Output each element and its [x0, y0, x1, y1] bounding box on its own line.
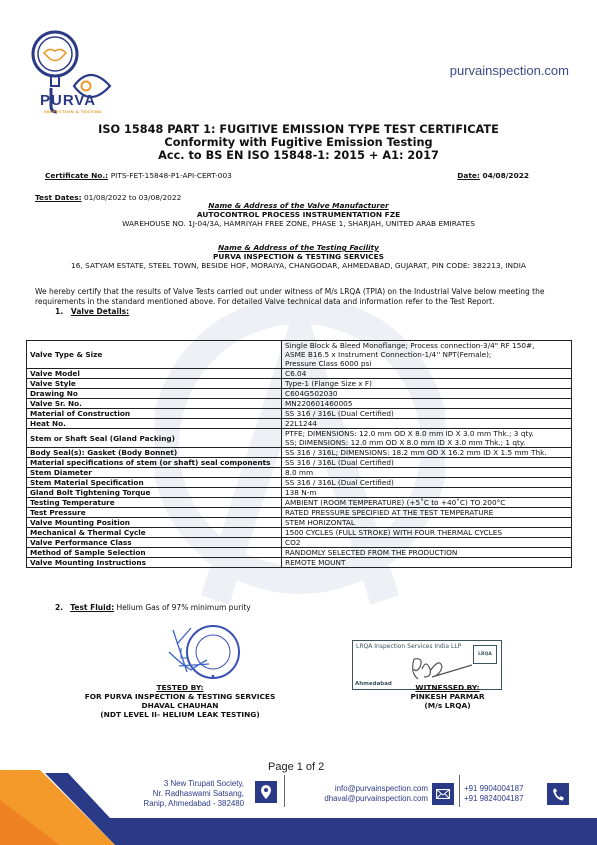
- row-label: Valve Model: [27, 369, 282, 379]
- row-value: RANDOMLY SELECTED FROM THE PRODUCTION: [282, 548, 572, 558]
- test-fluid-value: Helium Gas of 97% minimum purity: [116, 603, 250, 612]
- witnessed-by-heading: WITNESSED BY:: [375, 683, 520, 692]
- row-value: AMBIENT (ROOM TEMPERATURE) (+5˚C to +40˚…: [282, 498, 572, 508]
- row-value: RATED PRESSURE SPECIFIED AT THE TEST TEM…: [282, 508, 572, 518]
- row-label: Gland Bolt Tightening Torque: [27, 488, 282, 498]
- envelope-icon: [432, 783, 454, 805]
- phone-icon: [547, 783, 569, 805]
- section-number: 1.: [55, 307, 63, 316]
- facility-heading: Name & Address of the Testing Facility: [0, 243, 597, 252]
- table-row: Valve Type & SizeSingle Block & Bleed Mo…: [27, 341, 572, 369]
- tested-by-qualification: (NDT LEVEL II- HELIUM LEAK TESTING): [60, 710, 300, 719]
- test-fluid: 2. Test Fluid: Helium Gas of 97% minimum…: [55, 603, 251, 612]
- table-row: Valve Mounting InstructionsREMOTE MOUNT: [27, 558, 572, 568]
- manufacturer-block: Name & Address of the Valve Manufacturer…: [0, 201, 597, 228]
- row-label: Valve Mounting Position: [27, 518, 282, 528]
- lrqa-stamp-title: LRQA Inspection Services India LLP: [356, 643, 461, 650]
- row-label: Body Seal(s): Gasket (Body Bonnet): [27, 448, 282, 458]
- certificate-number: Certificate No.: PITS-FET-15848-P1-API-C…: [45, 171, 232, 180]
- row-label: Method of Sample Selection: [27, 548, 282, 558]
- table-row: Valve StyleType-1 (Flange Size x F): [27, 379, 572, 389]
- row-label: Valve Type & Size: [27, 341, 282, 369]
- footer-emails: info@purvainspection.com dhaval@purvains…: [318, 784, 428, 803]
- table-row: Valve Sr. No.MN220601460005: [27, 399, 572, 409]
- table-row: Valve ModelC6.04: [27, 369, 572, 379]
- title-line-3: Acc. to BS EN ISO 15848-1: 2015 + A1: 20…: [0, 149, 597, 162]
- tested-by-name: DHAVAL CHAUHAN: [60, 701, 300, 710]
- facility-name: PURVA INSPECTION & TESTING SERVICES: [0, 252, 597, 261]
- table-row: Stem Material SpecificationSS 316 / 316L…: [27, 478, 572, 488]
- address-line: Ranip, Ahmedabad - 382480: [120, 799, 244, 809]
- section2-number: 2.: [55, 603, 63, 612]
- table-row: Material of ConstructionSS 316 / 316L (D…: [27, 409, 572, 419]
- table-row: Valve Performance ClassCO2: [27, 538, 572, 548]
- witnessed-by-name: PINKESH PARMAR: [375, 692, 520, 701]
- email-link[interactable]: dhaval@purvainspection.com: [318, 794, 428, 804]
- logo-wordmark: PURVA: [40, 92, 96, 109]
- title-line-2: Conformity with Fugitive Emission Testin…: [0, 136, 597, 149]
- table-row: Method of Sample SelectionRANDOMLY SELEC…: [27, 548, 572, 558]
- certificate-title: ISO 15848 PART 1: FUGITIVE EMISSION TYPE…: [0, 123, 597, 162]
- table-row: Test PressureRATED PRESSURE SPECIFIED AT…: [27, 508, 572, 518]
- witnessed-by-org: (M/s LRQA): [375, 701, 520, 710]
- certificate-date: Date: 04/08/2022: [457, 171, 529, 180]
- row-label: Stem Material Specification: [27, 478, 282, 488]
- phone-link[interactable]: +91 9904004187: [464, 784, 554, 794]
- row-value: 138 N-m: [282, 488, 572, 498]
- witness-signature: [408, 655, 488, 683]
- table-row: Heat No.22L1244: [27, 419, 572, 429]
- row-value: STEM HORIZONTAL: [282, 518, 572, 528]
- row-value: MN220601460005: [282, 399, 572, 409]
- table-row: Stem or Shaft Seal (Gland Packing)PTFE; …: [27, 429, 572, 448]
- purva-stamp-signature: [165, 622, 245, 686]
- date-label: Date:: [457, 171, 480, 180]
- logo-tagline: INSPECTION & TESTING: [44, 109, 102, 114]
- row-label: Heat No.: [27, 419, 282, 429]
- address-line: Nr. Radhaswami Satsang,: [120, 789, 244, 799]
- footer-divider: [284, 775, 285, 807]
- row-label: Mechanical & Thermal Cycle: [27, 528, 282, 538]
- certificate-number-label: Certificate No.:: [45, 171, 108, 180]
- facility-block: Name & Address of the Testing Facility P…: [0, 243, 597, 270]
- row-value: C604G502030: [282, 389, 572, 399]
- row-value: SS 316 / 316L (Dual Certified): [282, 458, 572, 468]
- row-label: Test Pressure: [27, 508, 282, 518]
- row-value: 22L1244: [282, 419, 572, 429]
- certificate-number-value: PITS-FET-15848-P1-API-CERT-003: [111, 171, 232, 180]
- table-row: Stem Diameter8.0 mm: [27, 468, 572, 478]
- address-line: 3 New Tirupati Society,: [120, 779, 244, 789]
- row-value: PTFE; DIMENSIONS: 12.0 mm OD X 8.0 mm ID…: [282, 429, 572, 448]
- row-value: SS 316 / 316L; DIMENSIONS: 18.2 mm OD X …: [282, 448, 572, 458]
- row-label: Drawing No: [27, 389, 282, 399]
- row-value: SS 316 / 316L (Dual Certified): [282, 409, 572, 419]
- table-row: Mechanical & Thermal Cycle1500 CYCLES (F…: [27, 528, 572, 538]
- row-value: 1500 CYCLES (FULL STROKE) WITH FOUR THER…: [282, 528, 572, 538]
- statement-text: We hereby certify that the results of Va…: [35, 287, 565, 306]
- row-value: CO2: [282, 538, 572, 548]
- table-row: Material specifications of stem (or shaf…: [27, 458, 572, 468]
- row-value: C6.04: [282, 369, 572, 379]
- section-valve-details: 1. Valve Details:: [55, 307, 565, 317]
- title-line-1: ISO 15848 PART 1: FUGITIVE EMISSION TYPE…: [0, 123, 597, 136]
- footer-divider: [459, 775, 460, 807]
- section-label: Valve Details:: [71, 307, 129, 316]
- table-row: Gland Bolt Tightening Torque138 N-m: [27, 488, 572, 498]
- tested-by-org: FOR PURVA INSPECTION & TESTING SERVICES: [60, 692, 300, 701]
- row-label: Valve Mounting Instructions: [27, 558, 282, 568]
- tested-by-heading: TESTED BY:: [60, 683, 300, 692]
- table-row: Drawing NoC604G502030: [27, 389, 572, 399]
- footer-address: 3 New Tirupati Society, Nr. Radhaswami S…: [120, 779, 244, 809]
- row-label: Valve Style: [27, 379, 282, 389]
- row-value: SS 316 / 316L (Dual Certified): [282, 478, 572, 488]
- row-value: REMOTE MOUNT: [282, 558, 572, 568]
- row-label: Stem or Shaft Seal (Gland Packing): [27, 429, 282, 448]
- footer-banner: [0, 770, 597, 845]
- witnessed-by-block: WITNESSED BY: PINKESH PARMAR (M/s LRQA): [375, 683, 520, 710]
- row-label: Material specifications of stem (or shaf…: [27, 458, 282, 468]
- row-label: Material of Construction: [27, 409, 282, 419]
- row-label: Valve Performance Class: [27, 538, 282, 548]
- table-row: Body Seal(s): Gasket (Body Bonnet)SS 316…: [27, 448, 572, 458]
- location-pin-icon: [255, 781, 277, 803]
- row-value: Type-1 (Flange Size x F): [282, 379, 572, 389]
- row-label: Stem Diameter: [27, 468, 282, 478]
- facility-address: 16, SATYAM ESTATE, STEEL TOWN, BESIDE HO…: [0, 261, 597, 270]
- tested-by-block: TESTED BY: FOR PURVA INSPECTION & TESTIN…: [60, 683, 300, 719]
- table-row: Valve Mounting PositionSTEM HORIZONTAL: [27, 518, 572, 528]
- row-label: Valve Sr. No.: [27, 399, 282, 409]
- website-link[interactable]: purvainspection.com: [450, 63, 569, 78]
- phone-link[interactable]: +91 9824004187: [464, 794, 554, 804]
- date-value: 04/08/2022: [482, 171, 529, 180]
- manufacturer-name: AUTOCONTROL PROCESS INSTRUMENTATION FZE: [0, 210, 597, 219]
- table-row: Testing TemperatureAMBIENT (ROOM TEMPERA…: [27, 498, 572, 508]
- row-label: Testing Temperature: [27, 498, 282, 508]
- manufacturer-address: WAREHOUSE NO. 1J-04/3A, HAMRIYAH FREE ZO…: [0, 219, 597, 228]
- manufacturer-heading: Name & Address of the Valve Manufacturer: [0, 201, 597, 210]
- row-value: Single Block & Bleed Monoflange; Process…: [282, 341, 572, 369]
- test-fluid-label: Test Fluid:: [70, 603, 114, 612]
- certification-statement: We hereby certify that the results of Va…: [35, 287, 565, 317]
- footer-phones: +91 9904004187 +91 9824004187: [464, 784, 554, 803]
- row-value: 8.0 mm: [282, 468, 572, 478]
- email-link[interactable]: info@purvainspection.com: [318, 784, 428, 794]
- valve-details-table: Valve Type & SizeSingle Block & Bleed Mo…: [26, 340, 572, 568]
